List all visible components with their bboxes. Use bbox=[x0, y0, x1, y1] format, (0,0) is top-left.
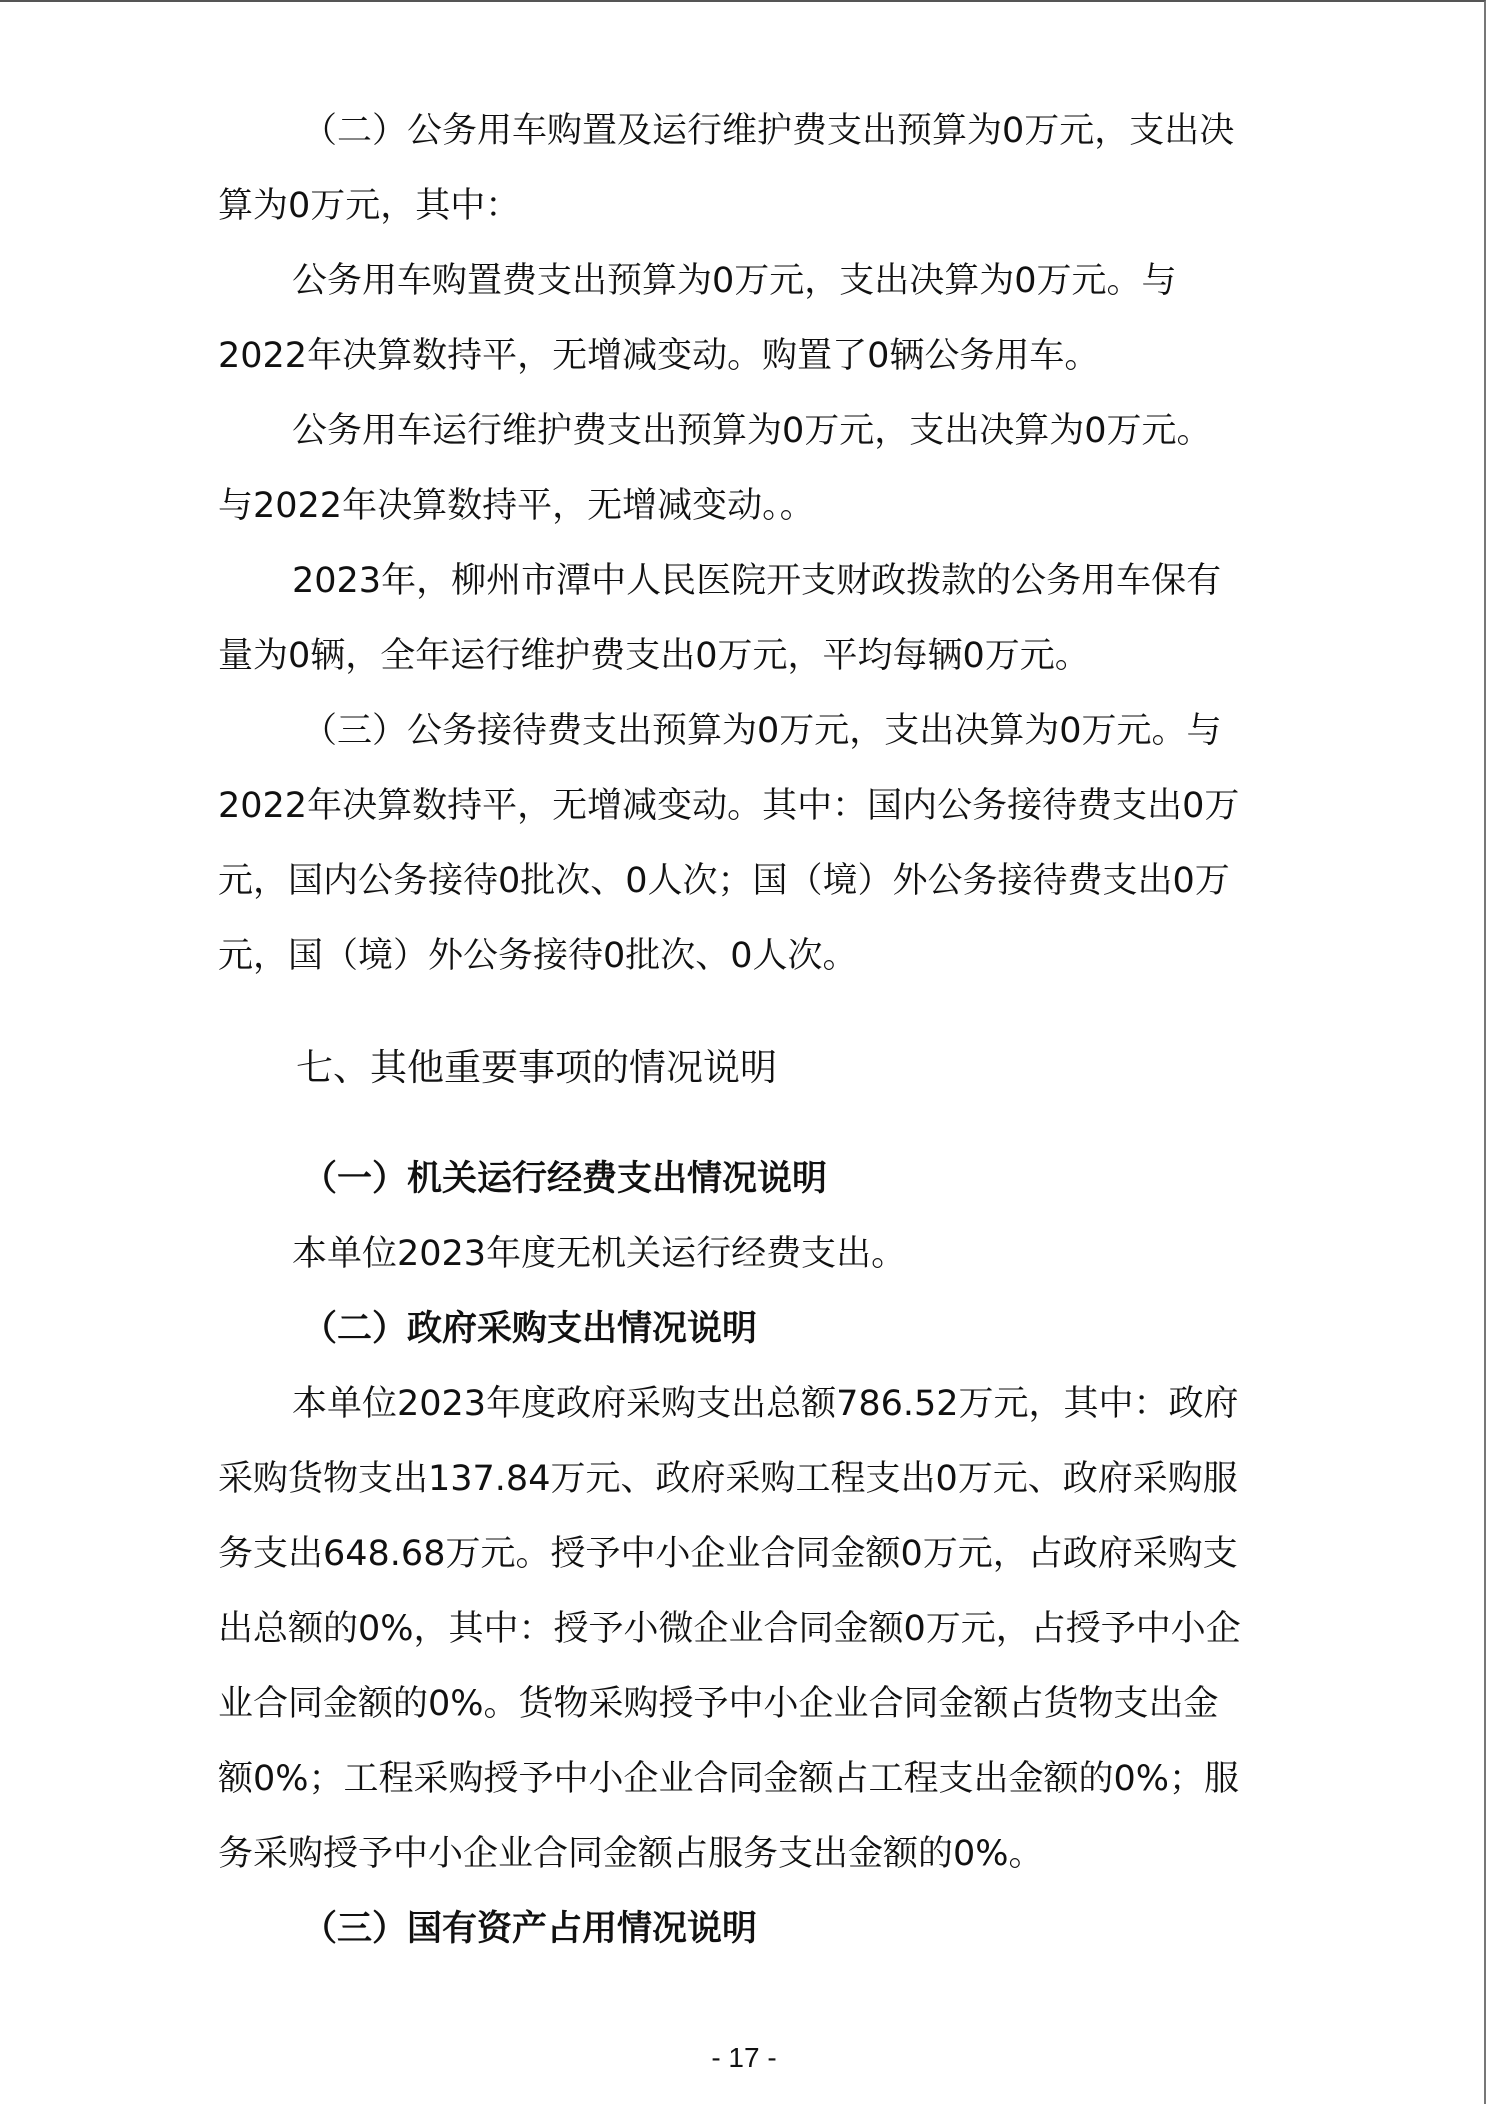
paragraph-line: 公务用车购置费支出预算为0万元，支出决算为0万元。与 bbox=[292, 244, 1362, 319]
paragraph-line: 采购货物支出137.84万元、政府采购工程支出0万元、政府采购服 bbox=[218, 1442, 1288, 1517]
paragraph-line: （三）公务接待费支出预算为0万元，支出决算为0万元。与 bbox=[302, 694, 1372, 769]
paragraph-line: 务采购授予中小企业合同金额占服务支出金额的0%。 bbox=[218, 1817, 1288, 1892]
paragraph-line: 元，国（境）外公务接待0批次、0人次。 bbox=[218, 919, 1288, 994]
document-page: （二）公务用车购置及运行维护费支出预算为0万元，支出决 算为0万元，其中： 公务… bbox=[0, 0, 1486, 2104]
paragraph-line: 本单位2023年度政府采购支出总额786.52万元，其中：政府 bbox=[292, 1367, 1362, 1442]
page-number: - 17 - bbox=[0, 2042, 1488, 2074]
subsection-title-1: （一）机关运行经费支出情况说明 bbox=[302, 1142, 1372, 1217]
section-heading: 七、其他重要事项的情况说明 bbox=[296, 1030, 1366, 1105]
paragraph-line: 量为0辆，全年运行维护费支出0万元，平均每辆0万元。 bbox=[218, 619, 1288, 694]
paragraph-line: 2023年，柳州市潭中人民医院开支财政拨款的公务用车保有 bbox=[292, 544, 1362, 619]
subsection-title-3: （三）国有资产占用情况说明 bbox=[302, 1892, 1372, 1967]
paragraph-line: 出总额的0%，其中：授予小微企业合同金额0万元，占授予中小企 bbox=[218, 1592, 1288, 1667]
paragraph-line: 业合同金额的0%。货物采购授予中小企业合同金额占货物支出金 bbox=[218, 1667, 1288, 1742]
paragraph-line: 2022年决算数持平，无增减变动。其中：国内公务接待费支出0万 bbox=[218, 769, 1288, 844]
paragraph-line: （二）公务用车购置及运行维护费支出预算为0万元，支出决 bbox=[302, 94, 1372, 169]
paragraph-line: 与2022年决算数持平，无增减变动。。 bbox=[218, 469, 1288, 544]
paragraph-line: 公务用车运行维护费支出预算为0万元，支出决算为0万元。 bbox=[292, 394, 1362, 469]
subsection-title-2: （二）政府采购支出情况说明 bbox=[302, 1292, 1372, 1367]
subsection-body-1: 本单位2023年度无机关运行经费支出。 bbox=[292, 1217, 1362, 1292]
paragraph-line: 额0%；工程采购授予中小企业合同金额占工程支出金额的0%；服 bbox=[218, 1742, 1288, 1817]
paragraph-line: 算为0万元，其中： bbox=[218, 169, 1288, 244]
paragraph-line: 务支出648.68万元。授予中小企业合同金额0万元，占政府采购支 bbox=[218, 1517, 1288, 1592]
paragraph-line: 2022年决算数持平，无增减变动。购置了0辆公务用车。 bbox=[218, 319, 1288, 394]
paragraph-line: 元，国内公务接待0批次、0人次；国（境）外公务接待费支出0万 bbox=[218, 844, 1288, 919]
